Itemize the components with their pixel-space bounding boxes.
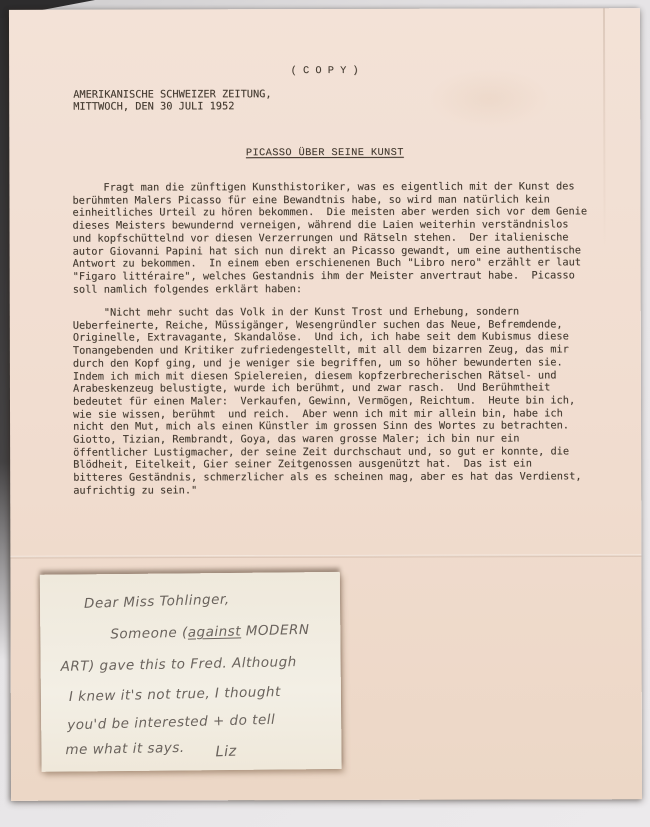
typed-page: ( C O P Y ) AMERIKANISCHE SCHWEIZER ZEIT… [9, 8, 642, 801]
note-line: I knew it's not true, I thought [69, 684, 281, 705]
masthead-line1: AMERIKANISCHE SCHWEIZER ZEITUNG, [73, 88, 271, 101]
note-line2-post: MODERN [241, 622, 310, 640]
note-line: ART) gave this to Fred. Although [60, 654, 296, 675]
masthead-line2: MITTWOCH, DEN 30 JULI 1952 [73, 100, 234, 113]
note-line2-pre: Someone ( [110, 625, 188, 643]
note-line2-underlined-word: against [188, 623, 242, 640]
paper-stain [429, 68, 549, 128]
article-title: PICASSO ÜBER SEINE KUNST [9, 146, 640, 160]
note-salutation: Dear Miss Tohlinger, [84, 591, 230, 611]
note-line: you'd be interested + do tell [67, 712, 275, 734]
note-signature: Liz [215, 744, 237, 761]
handwritten-note: Dear Miss Tohlinger, Someone (against MO… [40, 572, 342, 772]
fold-crease-horizontal [10, 554, 641, 559]
copy-label: ( C O P Y ) [9, 64, 640, 78]
article-paragraph: Fragt man die zünftigen Kunsthistoriker,… [72, 180, 587, 296]
article-quote: "Nicht mehr sucht das Volk in der Kunst … [73, 305, 582, 497]
note-line: Someone (against MODERN [110, 622, 310, 643]
note-line: me what it says. [65, 740, 184, 758]
fold-crease-vertical [603, 8, 606, 248]
